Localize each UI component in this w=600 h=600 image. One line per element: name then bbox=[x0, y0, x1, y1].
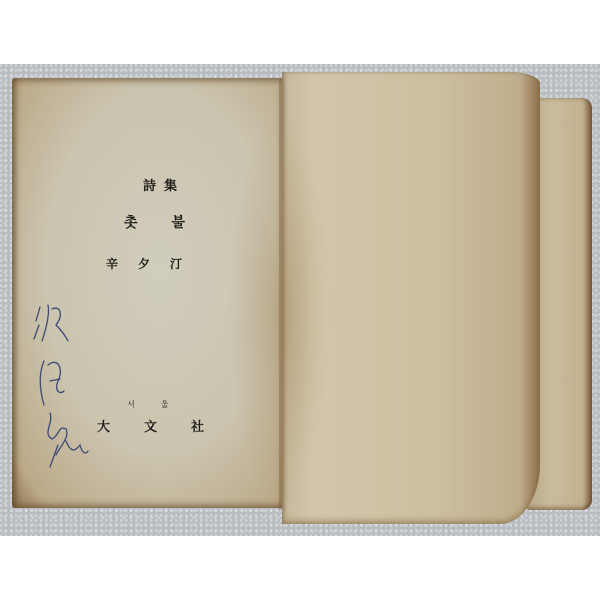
right-page-curled bbox=[282, 72, 540, 524]
author-name: 辛夕汀 bbox=[106, 255, 202, 272]
book-title: 촛불 bbox=[124, 212, 219, 232]
series-label: 詩集 bbox=[143, 175, 185, 194]
publisher-name: 大文社 bbox=[97, 416, 238, 435]
book-gutter bbox=[279, 78, 285, 510]
publisher-city: 서울 bbox=[127, 399, 194, 410]
handwritten-signature bbox=[30, 295, 90, 475]
